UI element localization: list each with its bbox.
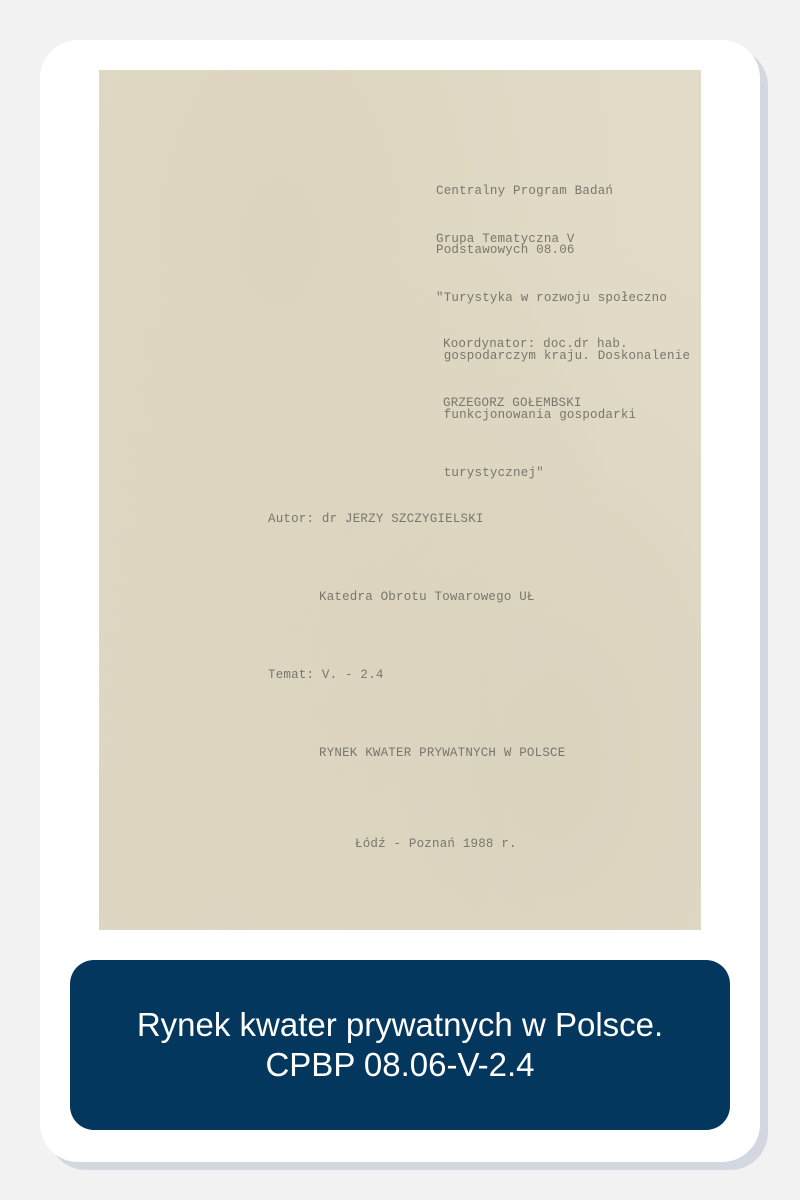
caption-panel: Rynek kwater prywatnych w Polsce. CPBP 0… xyxy=(70,960,730,1130)
caption-code: CPBP 08.06-V-2.4 xyxy=(265,1045,534,1085)
coordinator-line-2: GRZEGORZ GOŁEMBSKI xyxy=(443,394,628,414)
author-block: Autor: dr JERZY SZCZYGIELSKI Katedra Obr… xyxy=(268,454,565,818)
group-line: Grupa Tematyczna V xyxy=(436,230,690,250)
topic-code-line: Temat: V. - 2.4 xyxy=(268,662,565,688)
report-title-line: RYNEK KWATER PRYWATNYCH W POLSCE xyxy=(268,740,565,766)
caption-title: Rynek kwater prywatnych w Polsce. xyxy=(137,1005,663,1045)
coordinator-line-1: Koordynator: doc.dr hab. xyxy=(443,335,628,355)
place-date: Łódź - Poznań 1988 r. xyxy=(355,835,517,855)
department-line: Katedra Obrotu Towarowego UŁ xyxy=(268,584,565,610)
document-scan: Centralny Program Badań Podstawowych 08.… xyxy=(99,70,701,930)
author-line: Autor: dr JERZY SZCZYGIELSKI xyxy=(268,506,565,532)
coordinator-block: Koordynator: doc.dr hab. GRZEGORZ GOŁEMB… xyxy=(443,296,628,452)
